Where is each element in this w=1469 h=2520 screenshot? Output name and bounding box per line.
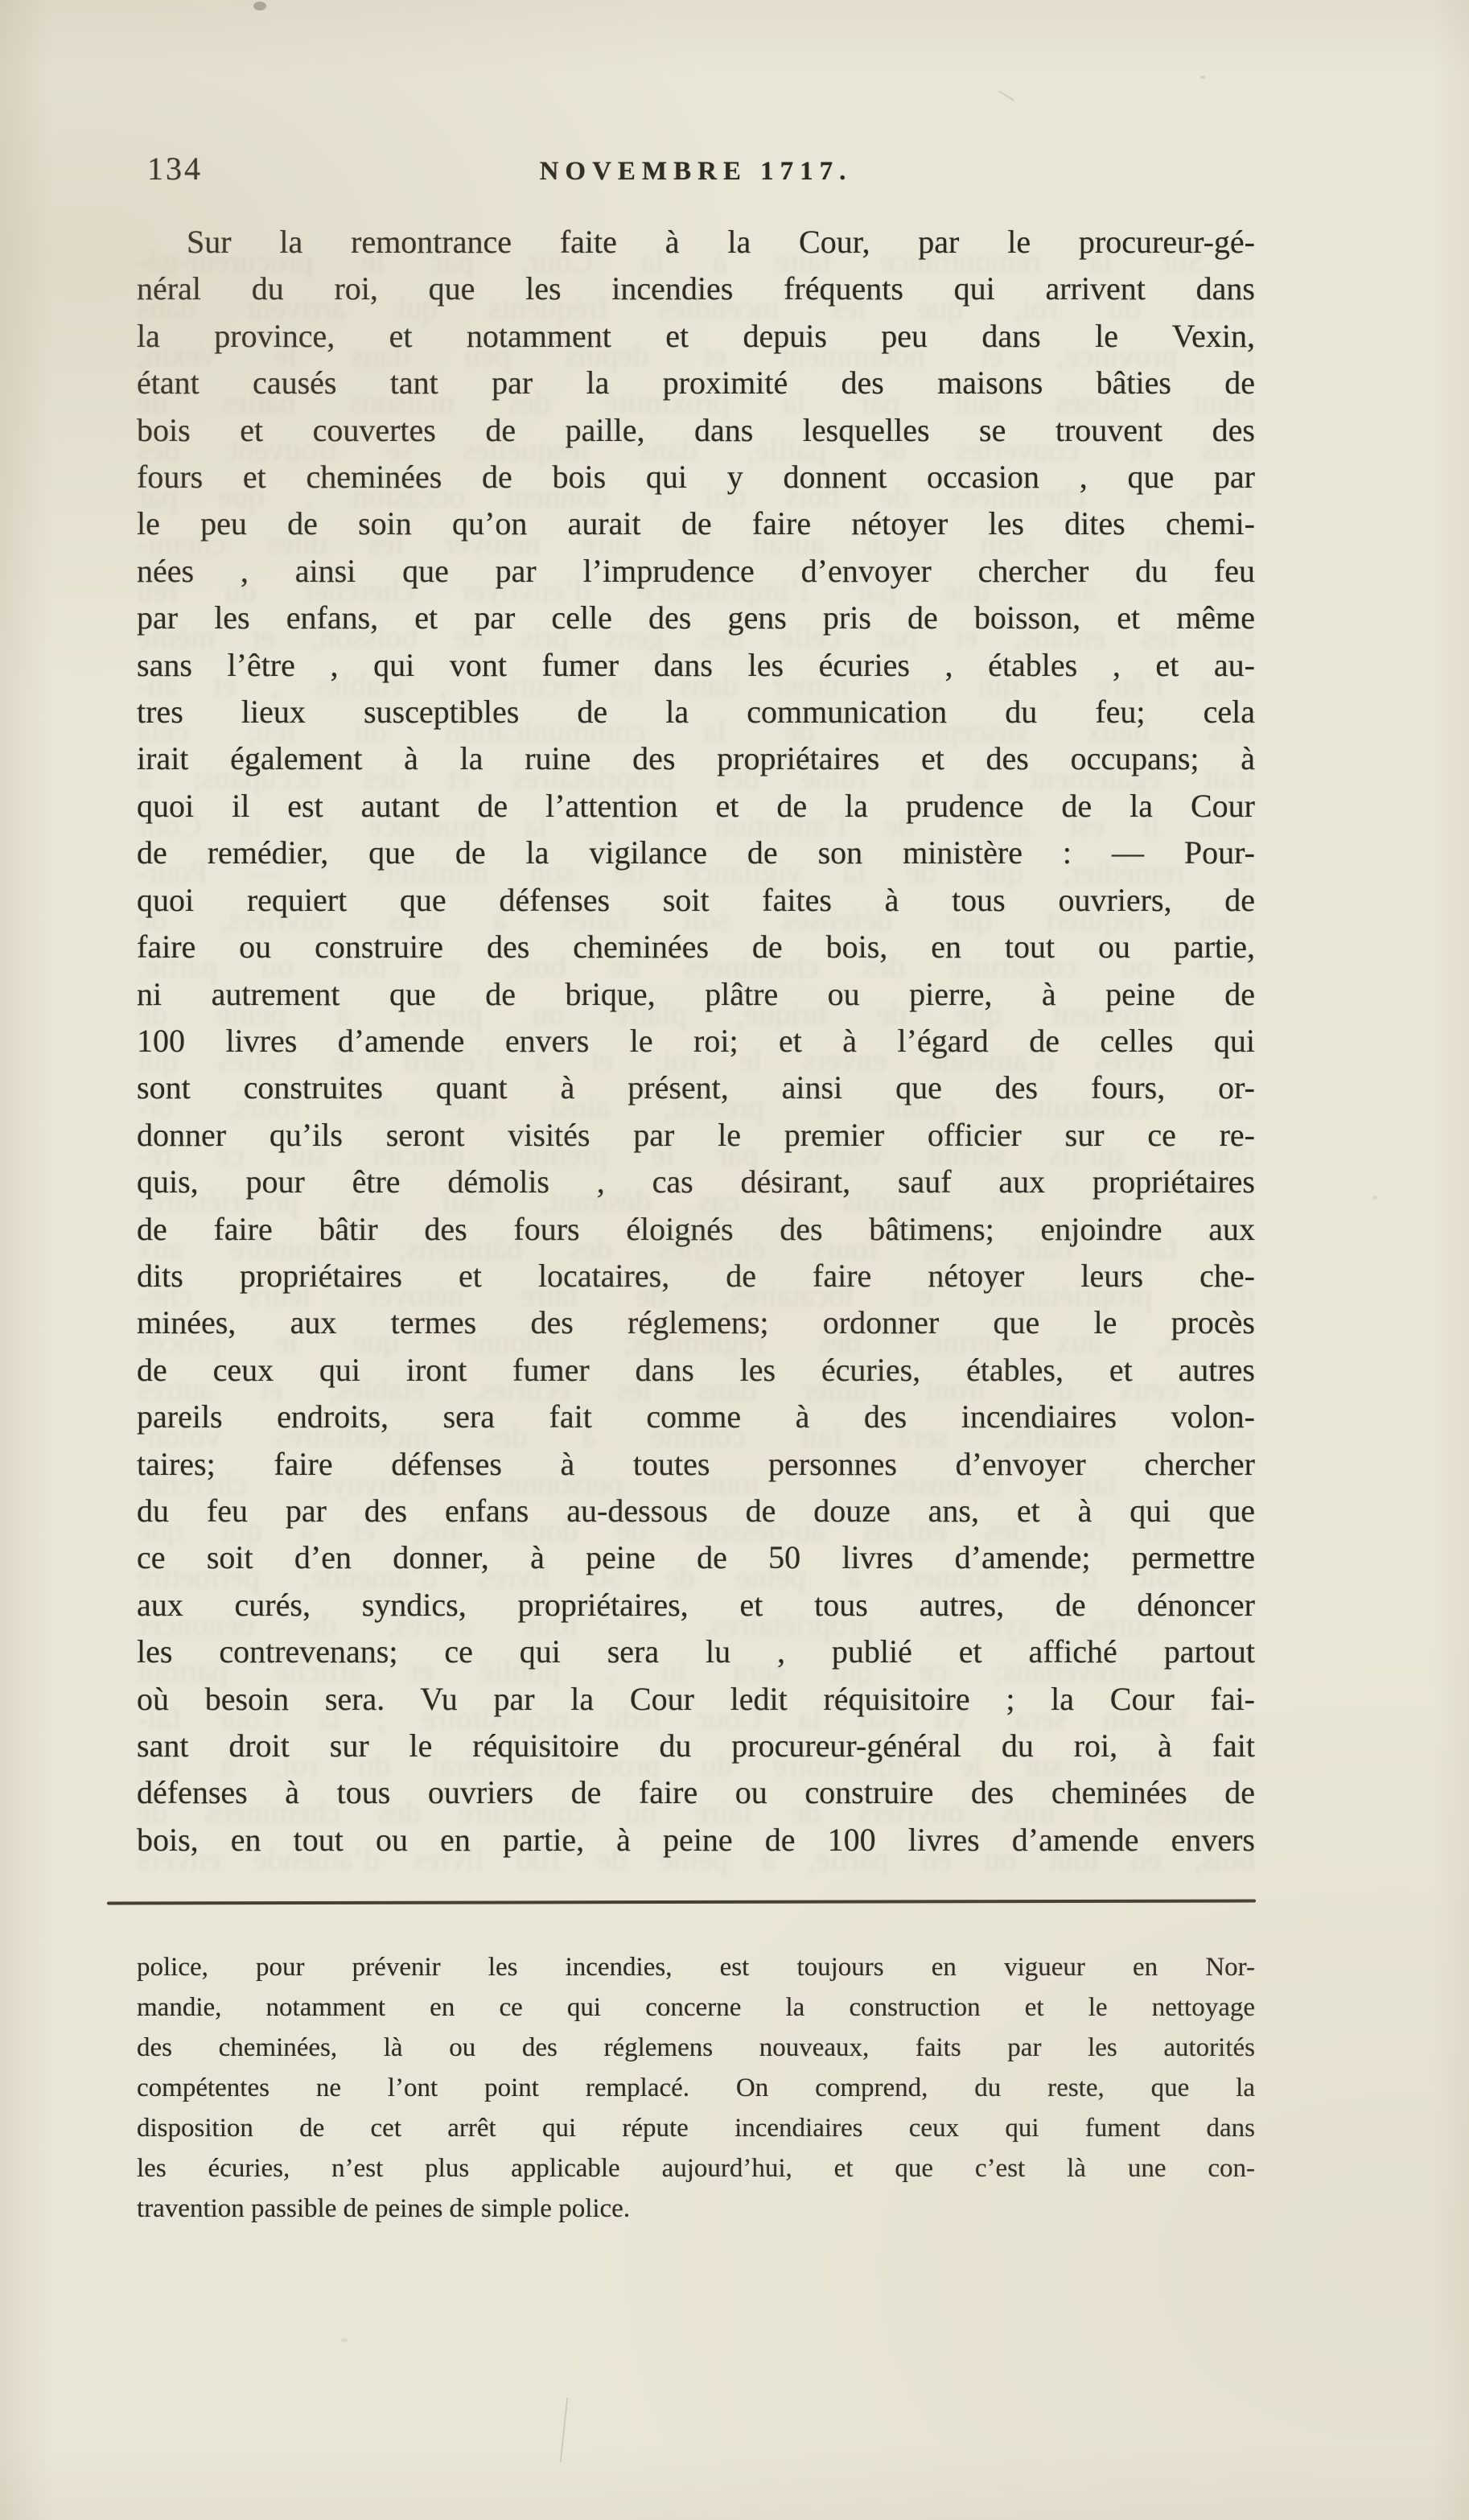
paper-speck	[253, 2, 266, 10]
body-line: bois et couvertes de paille, dans lesque…	[137, 407, 1255, 454]
body-line: faire ou construire des cheminées de boi…	[137, 924, 1255, 970]
body-line: quis, pour être démolis , cas désirant, …	[137, 1159, 1255, 1205]
body-line: la province, et notamment et depuis peu …	[137, 313, 1255, 360]
body-line: quoi il est autant de l’attention et de …	[137, 783, 1255, 830]
footnote-line: police, pour prévenir les incendies, est…	[137, 1947, 1255, 1987]
body-line: Sur la remontrance faite à la Cour, par …	[137, 219, 1255, 266]
body-line: de faire bâtir des fours éloignés des bâ…	[137, 1206, 1255, 1253]
body-line: ni autrement que de brique, plâtre ou pi…	[137, 971, 1255, 1018]
body-line: 100 livres d’amende envers le roi; et à …	[137, 1018, 1255, 1064]
body-line: de remédier, que de la vigilance de son …	[137, 830, 1255, 876]
body-line: ce soit d’en donner, à peine de 50 livre…	[137, 1534, 1255, 1581]
footnote-line: disposition de cet arrêt qui répute ince…	[137, 2108, 1255, 2148]
body-line: le peu de soin qu’on aurait de faire nét…	[137, 500, 1255, 547]
body-line: les contrevenans; ce qui sera lu , publi…	[137, 1629, 1255, 1675]
body-line: quoi requiert que défenses soit faites à…	[137, 877, 1255, 924]
scanned-book-page: Sur la remontrance faite à la Cour, par …	[0, 0, 1469, 2520]
body-line: fours et cheminées de bois qui y donnent…	[137, 454, 1255, 500]
body-line: sont construites quant à présent, ainsi …	[137, 1064, 1255, 1111]
body-line: où besoin sera. Vu par la Cour ledit réq…	[137, 1676, 1255, 1723]
body-line: minées, aux termes des réglemens; ordonn…	[137, 1299, 1255, 1346]
body-line: sant droit sur le réquisitoire du procur…	[137, 1723, 1255, 1769]
body-line: bois, en tout ou en partie, à peine de 1…	[137, 1817, 1255, 1863]
body-line: par les enfans, et par celle des gens pr…	[137, 595, 1255, 641]
footnote-line: mandie, notamment en ce qui concerne la …	[137, 1987, 1255, 2028]
body-line: sans l’être , qui vont fumer dans les éc…	[137, 642, 1255, 689]
paper-speck	[1200, 76, 1205, 79]
body-text: Sur la remontrance faite à la Cour, par …	[137, 219, 1255, 1863]
body-line: du feu par des enfans au-dessous de douz…	[137, 1488, 1255, 1534]
body-line: néral du roi, que les incendies fréquent…	[137, 266, 1255, 312]
footnote-separator-rule	[107, 1900, 1256, 1905]
paper-speck	[1372, 1196, 1377, 1200]
paper-fiber	[560, 2398, 568, 2462]
paper-speck	[341, 2338, 348, 2342]
footnote-line: travention passible de peines de simple …	[137, 2189, 1255, 2229]
body-line: pareils endroits, sera fait comme à des …	[137, 1394, 1255, 1440]
body-line: nées , ainsi que par l’imprudence d’envo…	[137, 548, 1255, 595]
footnote-line: les écuries, n’est plus applicable aujou…	[137, 2148, 1255, 2189]
footnote-line: compétentes ne l’ont point remplacé. On …	[137, 2068, 1255, 2108]
running-header: NOVEMBRE 1717.	[137, 159, 1255, 185]
paper-speck	[553, 341, 558, 344]
footnote-line: des cheminées, là ou des réglemens nouve…	[137, 2028, 1255, 2068]
footnote-text: police, pour prévenir les incendies, est…	[137, 1947, 1255, 2229]
body-line: tres lieux susceptibles de la communicat…	[137, 689, 1255, 735]
body-line: donner qu’ils seront visités par le prem…	[137, 1112, 1255, 1159]
body-line: irait également à la ruine des propriéta…	[137, 735, 1255, 782]
body-line: défenses à tous ouvriers de faire ou con…	[137, 1769, 1255, 1816]
paper-fiber	[998, 90, 1014, 101]
body-line: dits propriétaires et locataires, de fai…	[137, 1253, 1255, 1299]
body-line: de ceux qui iront fumer dans les écuries…	[137, 1347, 1255, 1394]
body-line: aux curés, syndics, propriétaires, et to…	[137, 1582, 1255, 1629]
body-line: taires; faire défenses à toutes personne…	[137, 1441, 1255, 1488]
body-line: étant causés tant par la proximité des m…	[137, 360, 1255, 406]
